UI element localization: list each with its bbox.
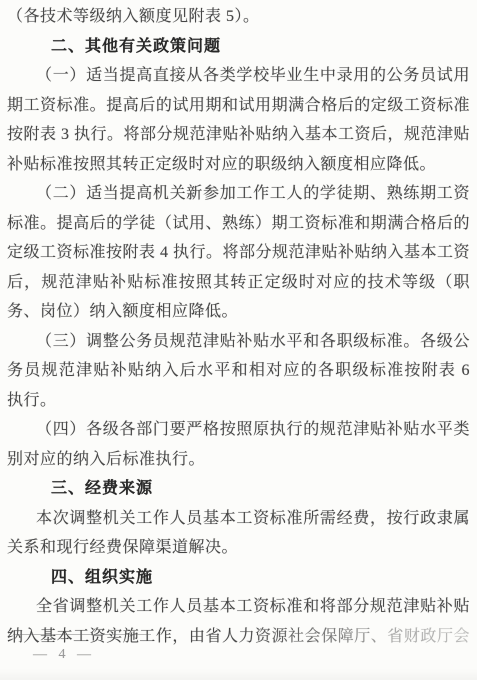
page-number: — 4 —: [33, 645, 95, 665]
text-line: 标准。提高后的学徒（试用、熟练）期工资标准和期满合格后的: [7, 209, 470, 239]
section-heading: 二、其他有关政策问题: [7, 32, 470, 62]
text-line: 务、岗位）纳入额度相应降低。: [7, 297, 470, 327]
text-line: 定级工资标准按附表 4 执行。将部分规范津贴补贴纳入基本工资: [7, 238, 470, 268]
document-body: （各技术等级纳入额度见附表 5）。二、其他有关政策问题（一）适当提高直接从各类学…: [0, 2, 477, 651]
text-line: 执行。: [7, 386, 470, 416]
text-line: 全省调整机关工作人员基本工资标准和将部分规范津贴补贴: [7, 592, 470, 622]
text-line: （三）调整公务员规范津贴补贴水平和各职级标准。各级公: [7, 327, 470, 357]
text-line: （一）适当提高直接从各类学校毕业生中录用的公务员试用: [7, 61, 470, 91]
section-heading: 四、组织实施: [7, 563, 470, 593]
text-line: （各技术等级纳入额度见附表 5）。: [7, 2, 470, 32]
text-line: 后，规范津贴补贴标准按照其转正定级时对应的技术等级（职: [7, 268, 470, 298]
text-line: 关系和现行经费保障渠道解决。: [7, 533, 470, 563]
text-line: 本次调整机关工作人员基本工资标准所需经费，按行政隶属: [7, 504, 470, 534]
text-line: 补贴标准按照其转正定级时对应的职级纳入额度相应降低。: [7, 150, 470, 180]
text-line: （四）各级各部门要严格按照原执行的规范津贴补贴水平类: [7, 415, 470, 445]
document-page: （各技术等级纳入额度见附表 5）。二、其他有关政策问题（一）适当提高直接从各类学…: [0, 0, 477, 680]
text-line: 按附表 3 执行。将部分规范津贴补贴纳入基本工资后，规范津贴: [7, 120, 470, 150]
text-line: 别对应的纳入后标准执行。: [7, 445, 470, 475]
text-line: （二）适当提高机关新参加工作工人的学徒期、熟练期工资: [7, 179, 470, 209]
text-line: 期工资标准。提高后的试用期和试用期满合格后的定级工资标准: [7, 91, 470, 121]
text-line: 务员规范津贴补贴纳入后水平和相对应的各职级标准按附表 6: [7, 356, 470, 386]
section-heading: 三、经费来源: [7, 474, 470, 504]
